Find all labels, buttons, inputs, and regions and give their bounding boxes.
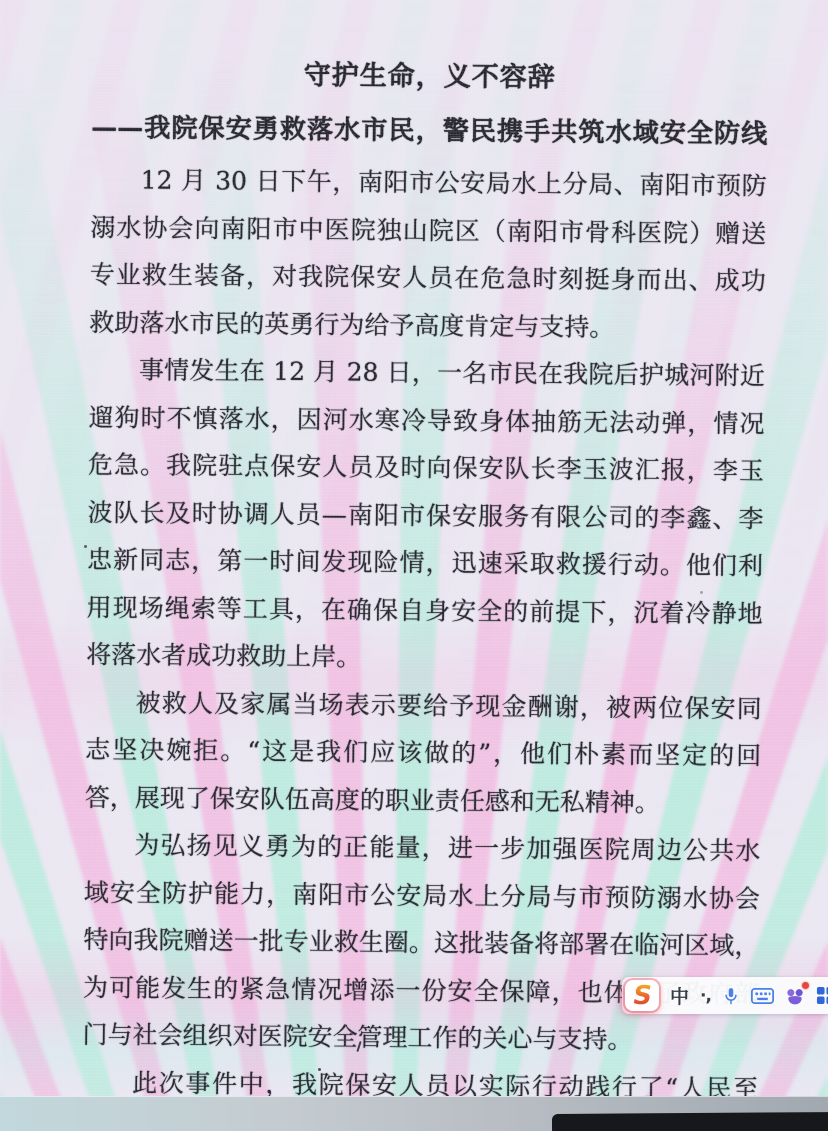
keyboard-icon[interactable] [751, 988, 774, 1004]
ime-assistant-icon[interactable] [785, 986, 805, 1006]
ime-punctuation-toggle[interactable]: ·, [700, 986, 711, 1006]
text-line: 将落水者成功救助上岸。 [86, 631, 762, 685]
text-line: 为弘扬见义勇为的正能量，进一步加强医院周边公共水 [84, 821, 760, 875]
text-line: 忠新同志，第一时间发现险情，迅速采取救援行动。他们利 [87, 536, 763, 590]
toolbox-grid-icon[interactable] [816, 986, 828, 1005]
text-line: 答，展现了保安队伍高度的职业责任感和无私精神。 [85, 773, 761, 827]
text-line: 志坚决婉拒。“这是我们应该做的”，他们朴素而坚定的回 [85, 726, 761, 780]
text-line: 危急。我院驻点保安人员及时向保安队长李玉波汇报，李玉 [88, 441, 764, 495]
text-line: 专业救生装备，对我院保安人员在危急时刻挺身而出、成功 [90, 251, 766, 305]
ime-toolbar: S 中 ·, [622, 977, 828, 1014]
screen-photo: 守护生命，义不容辞 ——我院保安勇救落水市民，警民携手共筑水域安全防线 12 月… [0, 0, 828, 1131]
sogou-logo[interactable]: S [625, 980, 659, 1011]
text-line: 溺水协会向南阳市中医院独山院区（南阳市骨科医院）赠送 [90, 203, 766, 257]
text-line: 事情发生在 12 月 28 日，一名市民在我院后护城河附近 [89, 346, 765, 400]
text-line: 波队长及时协调人员—南阳市保安服务有限公司的李鑫、李 [87, 488, 763, 542]
text-line: 特向我院赠送一批专业救生圈。这批装备将部署在临河区域， [83, 916, 759, 970]
dust-specks [84, 545, 87, 548]
sogou-s-icon: S [630, 983, 653, 1009]
microphone-icon[interactable] [722, 985, 740, 1007]
text-line: 门与社会组织对医院安全管理工作的关心与支持。 [82, 1011, 758, 1065]
ime-language-toggle[interactable]: 中 [670, 982, 689, 1009]
text-line: 用现场绳索等工具，在确保自身安全的前提下，沉着冷静地 [86, 583, 762, 637]
notification-dot [802, 982, 809, 989]
text-line: 遛狗时不慎落水，因河水寒冷导致身体抽筋无法动弹，情况 [88, 393, 764, 447]
screen-bezel-bar [552, 1112, 828, 1131]
document-page: 守护生命，义不容辞 ——我院保安勇救落水市民，警民携手共筑水域安全防线 12 月… [82, 48, 768, 1112]
document-subtitle: ——我院保安勇救落水市民，警民携手共筑水域安全防线 [91, 100, 768, 162]
document-title: 守护生命，义不容辞 [92, 48, 768, 106]
text-line: 被救人及家属当场表示要给予现金酬谢，被两位保安同 [85, 678, 761, 732]
text-line: 域安全防护能力，南阳市公安局水上分局与市预防溺水协会 [84, 868, 760, 922]
text-line: 救助落水市民的英勇行为给予高度肯定与支持。 [89, 298, 765, 352]
text-line: 12 月 30 日下午，南阳市公安局水上分局、南阳市预防 [91, 156, 767, 210]
